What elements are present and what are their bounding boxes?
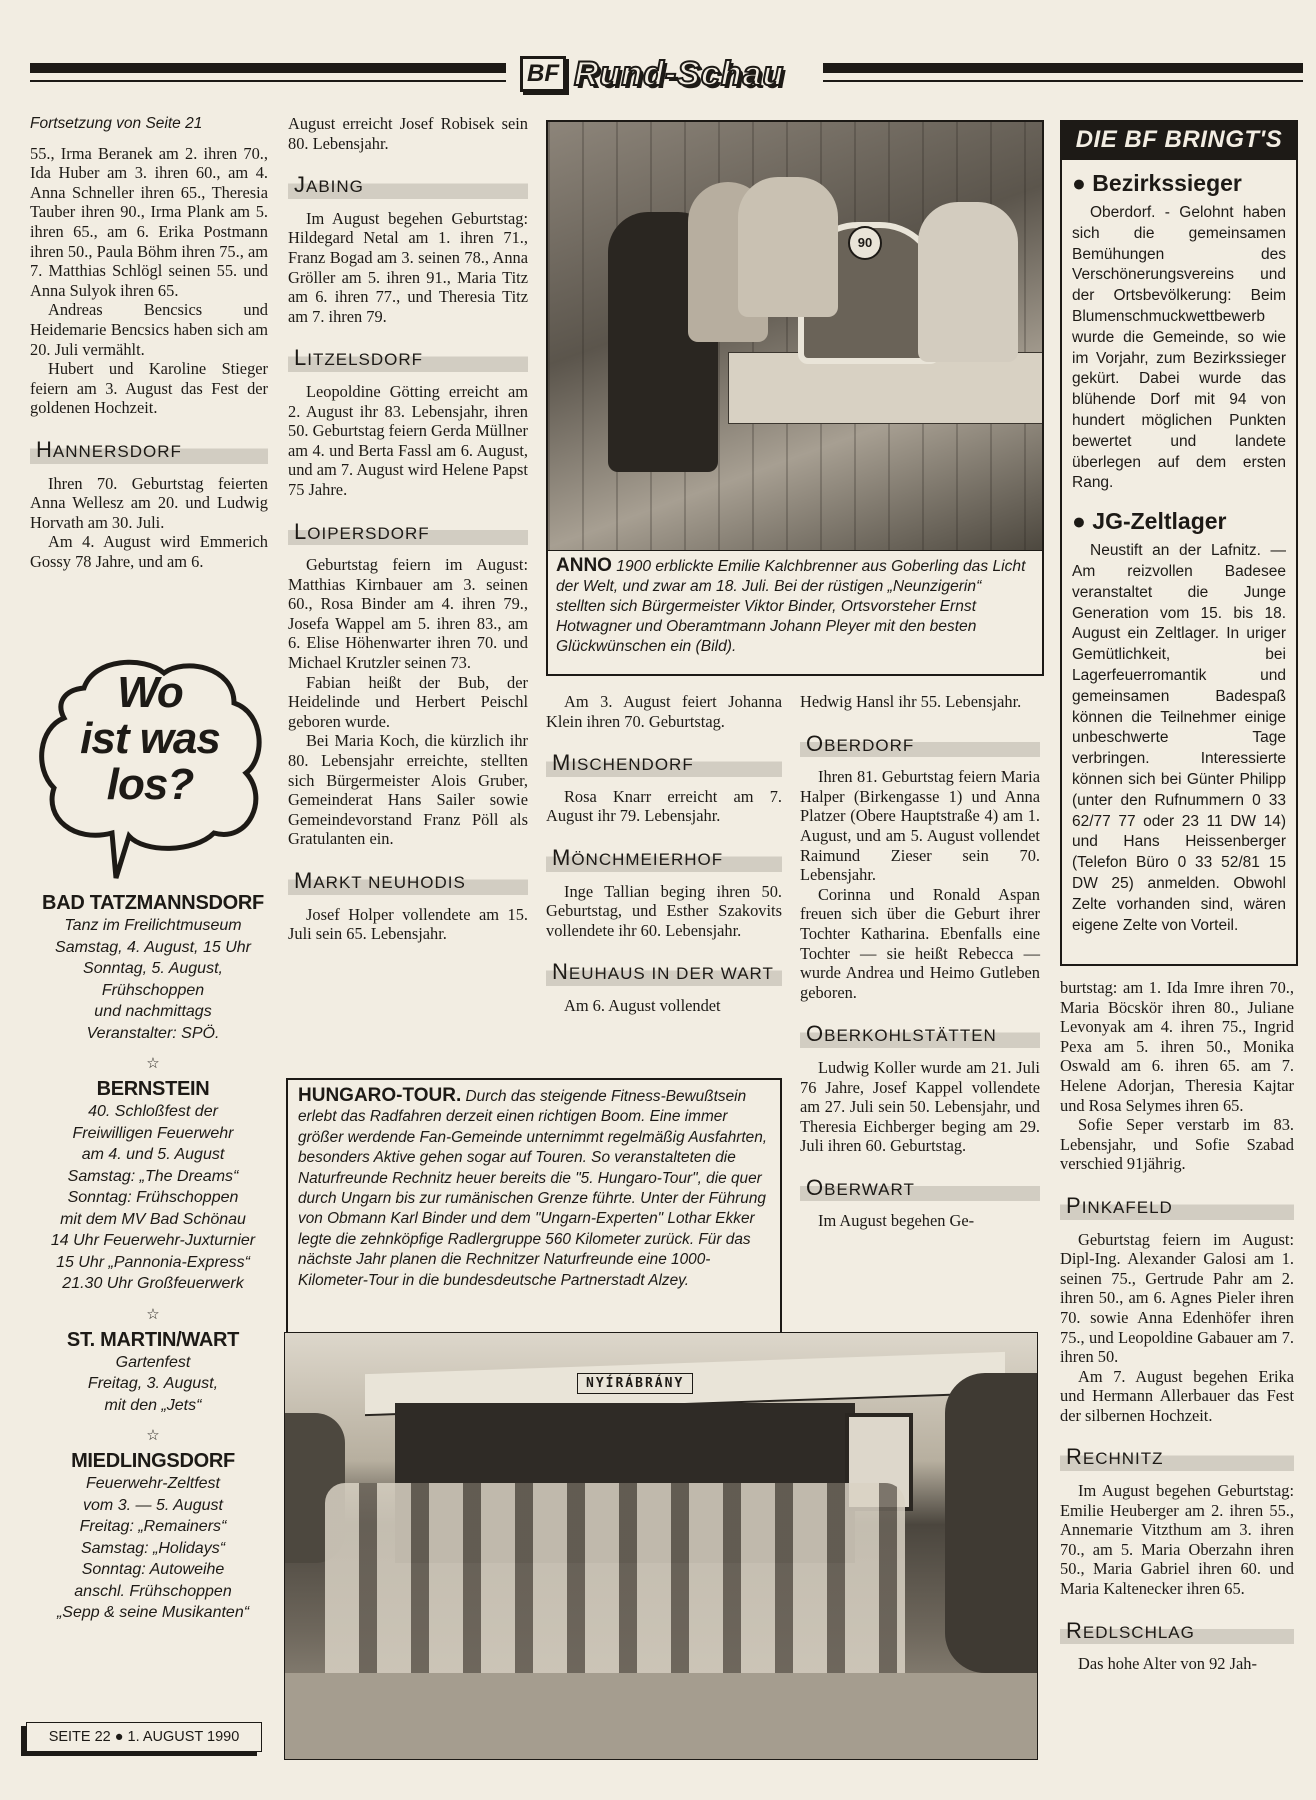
event-item: ST. MARTIN/WART Gartenfest Freitag, 3. A… [26, 1329, 280, 1417]
bf-logo: BF [520, 56, 566, 92]
heading-loipersdorf: Loipersdorf [288, 520, 528, 546]
heading-markt-neuhodis: Markt Neuhodis [288, 869, 528, 895]
masthead-rule-left-thin [30, 80, 506, 82]
masthead-rule-right-thin [823, 80, 1303, 82]
item-body: Neustift an der Lafnitz. — Am reizvollen… [1062, 541, 1296, 936]
event-line: Feuerwehr-Zeltfest [26, 1473, 280, 1495]
basket-badge: 90 [848, 226, 882, 260]
heading-litzelsdorf: Litzelsdorf [288, 346, 528, 372]
event-item: BERNSTEIN 40. Schloßfest der Freiwillige… [26, 1078, 280, 1295]
event-line: Sonntag, 5. August, [26, 958, 280, 980]
paragraph: Ihren 70. Geburtstag feierten Anna Welle… [30, 474, 268, 533]
item-text: Oberdorf. - Gelohnt haben sich die gemei… [1072, 203, 1286, 494]
event-line: 14 Uhr Feuerwehr-Juxturnier [26, 1230, 280, 1252]
photo-birthday: 90 [548, 122, 1042, 551]
event-item: BAD TATZMANNSDORF Tanz im Freilichtmuseu… [26, 892, 280, 1044]
bf-bringts-box: DIE BF BRINGT'S ● Bezirkssieger Oberdorf… [1060, 120, 1298, 966]
paragraph: Ihren 81. Geburtstag feiern Maria Halper… [800, 767, 1040, 885]
item-heading: ● Bezirkssieger [1072, 170, 1286, 197]
paragraph: Im August begehen Geburtstag: Hildegard … [288, 209, 528, 327]
paragraph: Hubert und Karoline Stieger feiern am 3.… [30, 359, 268, 418]
paragraph: Am 3. August feiert Johanna Klein ihren … [546, 692, 782, 731]
bubble-line: Wo [34, 670, 266, 716]
column-2: August erreicht Josef Robisek sein 80. L… [288, 114, 528, 944]
paragraph: Andreas Bencsics und Heidemarie Bencsics… [30, 300, 268, 359]
paragraph: Fabian heißt der Bub, der Heidelinde und… [288, 673, 528, 732]
event-line: Freitag: „Remainers“ [26, 1516, 280, 1538]
event-line: Samstag, 4. August, 15 Uhr [26, 937, 280, 959]
paragraph: Im August begehen Geburtstag: Emilie Heu… [1060, 1481, 1294, 1599]
column-5: burtstag: am 1. Ida Imre ihren 70., Mari… [1060, 978, 1294, 1674]
speech-bubble: Wo ist was los? [34, 648, 266, 880]
paragraph: Am 6. August vollendet [546, 996, 782, 1016]
paragraph: Josef Holper vollendete am 15. Juli sein… [288, 905, 528, 944]
photo-caption: ANNO 1900 erblickte Emilie Kalchbrenner … [548, 552, 1042, 661]
item-heading-text: Bezirkssieger [1092, 170, 1242, 196]
bubble-line: ist was [34, 716, 266, 762]
column-3: Am 3. August feiert Johanna Klein ihren … [546, 692, 782, 1016]
bullet-icon: ● [115, 1729, 124, 1745]
heading-moenchmeierhof: Mönchmeierhof [546, 846, 782, 872]
trees-right [945, 1373, 1037, 1673]
heading-oberdorf: Oberdorf [800, 732, 1040, 758]
paragraph: Am 7. August begehen Erika und Hermann A… [1060, 1367, 1294, 1426]
heading-pinkafeld: Pinkafeld [1060, 1194, 1294, 1220]
hungaro-tour-box: HUNGARO-TOUR. Durch das steigende Fitnes… [286, 1078, 782, 1334]
hungaro-tour-body: Durch das steigende Fitness-Bewußtsein e… [298, 1088, 767, 1289]
event-town: MIEDLINGSDORF [26, 1450, 280, 1473]
hungaro-tour-lead: HUNGARO-TOUR. [298, 1085, 461, 1106]
paragraph: Leopoldine Götting erreicht am 2. August… [288, 382, 528, 500]
heading-hannersdorf: Hannersdorf [30, 438, 268, 464]
issue-date: 1. AUGUST 1990 [128, 1729, 240, 1745]
masthead-rule-right [823, 63, 1303, 73]
paragraph: Inge Tallian beging ihren 50. Geburtstag… [546, 882, 782, 941]
paragraph: August erreicht Josef Robisek sein 80. L… [288, 114, 528, 153]
event-line: und nachmittags [26, 1001, 280, 1023]
photo-box-anno: 90 ANNO 1900 erblickte Emilie Kalchbrenn… [546, 120, 1044, 676]
event-line: Samstag: „Holidays“ [26, 1538, 280, 1560]
paragraph: Geburtstag feiern im August: Dipl-Ing. A… [1060, 1230, 1294, 1367]
item-heading: ● JG-Zeltlager [1072, 508, 1286, 535]
event-line: vom 3. — 5. August [26, 1495, 280, 1517]
event-line: anschl. Frühschoppen [26, 1581, 280, 1603]
event-line: Sonntag: Frühschoppen [26, 1187, 280, 1209]
paragraph: Im August begehen Ge- [800, 1211, 1040, 1231]
column-1: Fortsetzung von Seite 21 55., Irma Beran… [30, 114, 268, 571]
event-line: Sonntag: Autoweihe [26, 1559, 280, 1581]
page-number: SEITE 22 [49, 1729, 111, 1745]
paragraph: Am 4. August wird Emmerich Gossy 78 Jahr… [30, 532, 268, 571]
continued-note: Fortsetzung von Seite 21 [30, 114, 268, 134]
heading-neuhaus-in-der-wart: Neuhaus in der Wart [546, 960, 782, 986]
paragraph: Corinna und Ronald Aspan freuen sich übe… [800, 885, 1040, 1003]
event-town: BAD TATZMANNSDORF [26, 892, 280, 915]
event-line: Veranstalter: SPÖ. [26, 1023, 280, 1045]
masthead-rule-left [30, 63, 506, 73]
event-line: 15 Uhr „Pannonia-Express“ [26, 1252, 280, 1274]
caption-lead: ANNO [556, 555, 612, 576]
event-line: Frühschoppen [26, 980, 280, 1002]
heading-jabing: Jabing [288, 173, 528, 199]
heading-rechnitz: Rechnitz [1060, 1445, 1294, 1471]
events-list: BAD TATZMANNSDORF Tanz im Freilichtmuseu… [26, 886, 280, 1624]
person [738, 177, 838, 317]
bf-bringts-title: DIE BF BRINGT'S [1062, 122, 1296, 160]
paragraph: Sofie Seper verstarb im 83. Lebensjahr, … [1060, 1115, 1294, 1174]
road [285, 1673, 1037, 1759]
column-4: Hedwig Hansl ihr 55. Lebensjahr. Oberdor… [800, 692, 1040, 1231]
event-town: BERNSTEIN [26, 1078, 280, 1101]
heading-redlschlag: Redlschlag [1060, 1619, 1294, 1645]
event-line: Gartenfest [26, 1352, 280, 1374]
paragraph: burtstag: am 1. Ida Imre ihren 70., Mari… [1060, 978, 1294, 1115]
photo-cyclists: NYÍRÁBRÁNY [284, 1332, 1038, 1760]
event-line: Freitag, 3. August, [26, 1373, 280, 1395]
event-line: 21.30 Uhr Großfeuerwerk [26, 1273, 280, 1295]
masthead: BF Rund-Schau [520, 54, 784, 94]
paragraph: Das hohe Alter von 92 Jah- [1060, 1654, 1294, 1674]
event-line: mit dem MV Bad Schönau [26, 1209, 280, 1231]
bubble-line: los? [34, 762, 266, 808]
paragraph: 55., Irma Beranek am 2. ihren 70., Ida H… [30, 144, 268, 301]
paragraph: Ludwig Koller wurde am 21. Juli 76 Jahre… [800, 1058, 1040, 1156]
heading-oberwart: Oberwart [800, 1176, 1040, 1202]
star-icon: ☆ [26, 1054, 280, 1072]
event-line: 40. Schloßfest der [26, 1101, 280, 1123]
paragraph: Bei Maria Koch, die kürzlich ihr 80. Leb… [288, 731, 528, 849]
event-line: Tanz im Freilichtmuseum [26, 915, 280, 937]
border-sign: NYÍRÁBRÁNY [577, 1373, 693, 1394]
star-icon: ☆ [26, 1426, 280, 1444]
cyclist-group [325, 1483, 905, 1683]
bullet-icon: ● [1072, 170, 1092, 196]
event-line: Freiwilligen Feuerwehr [26, 1123, 280, 1145]
event-town: ST. MARTIN/WART [26, 1329, 280, 1352]
paragraph: Geburtstag feiern im August: Matthias Ki… [288, 555, 528, 673]
heading-mischendorf: Mischendorf [546, 751, 782, 777]
item-text: Neustift an der Lafnitz. — Am reizvollen… [1072, 541, 1286, 936]
item-heading-text: JG-Zeltlager [1092, 508, 1226, 534]
paragraph: Hedwig Hansl ihr 55. Lebensjahr. [800, 692, 1040, 712]
event-line: mit den „Jets“ [26, 1395, 280, 1417]
event-line: Samstag: „The Dreams“ [26, 1166, 280, 1188]
caption-text: 1900 erblickte Emilie Kalchbrenner aus G… [556, 558, 1025, 655]
event-line: „Sepp & seine Musikanten“ [26, 1602, 280, 1624]
bullet-icon: ● [1072, 508, 1092, 534]
event-line: am 4. und 5. August [26, 1144, 280, 1166]
page-footer: SEITE 22 ● 1. AUGUST 1990 [26, 1722, 262, 1752]
hungaro-tour-text: HUNGARO-TOUR. Durch das steigende Fitnes… [288, 1080, 780, 1297]
item-body: Oberdorf. - Gelohnt haben sich die gemei… [1062, 203, 1296, 494]
heading-oberkohlstaetten: Oberkohlstätten [800, 1022, 1040, 1048]
star-icon: ☆ [26, 1305, 280, 1323]
event-item: MIEDLINGSDORF Feuerwehr-Zeltfest vom 3. … [26, 1450, 280, 1624]
paragraph: Rosa Knarr erreicht am 7. August ihr 79.… [546, 787, 782, 826]
section-title: Rund-Schau [574, 55, 784, 94]
person [918, 202, 1018, 362]
